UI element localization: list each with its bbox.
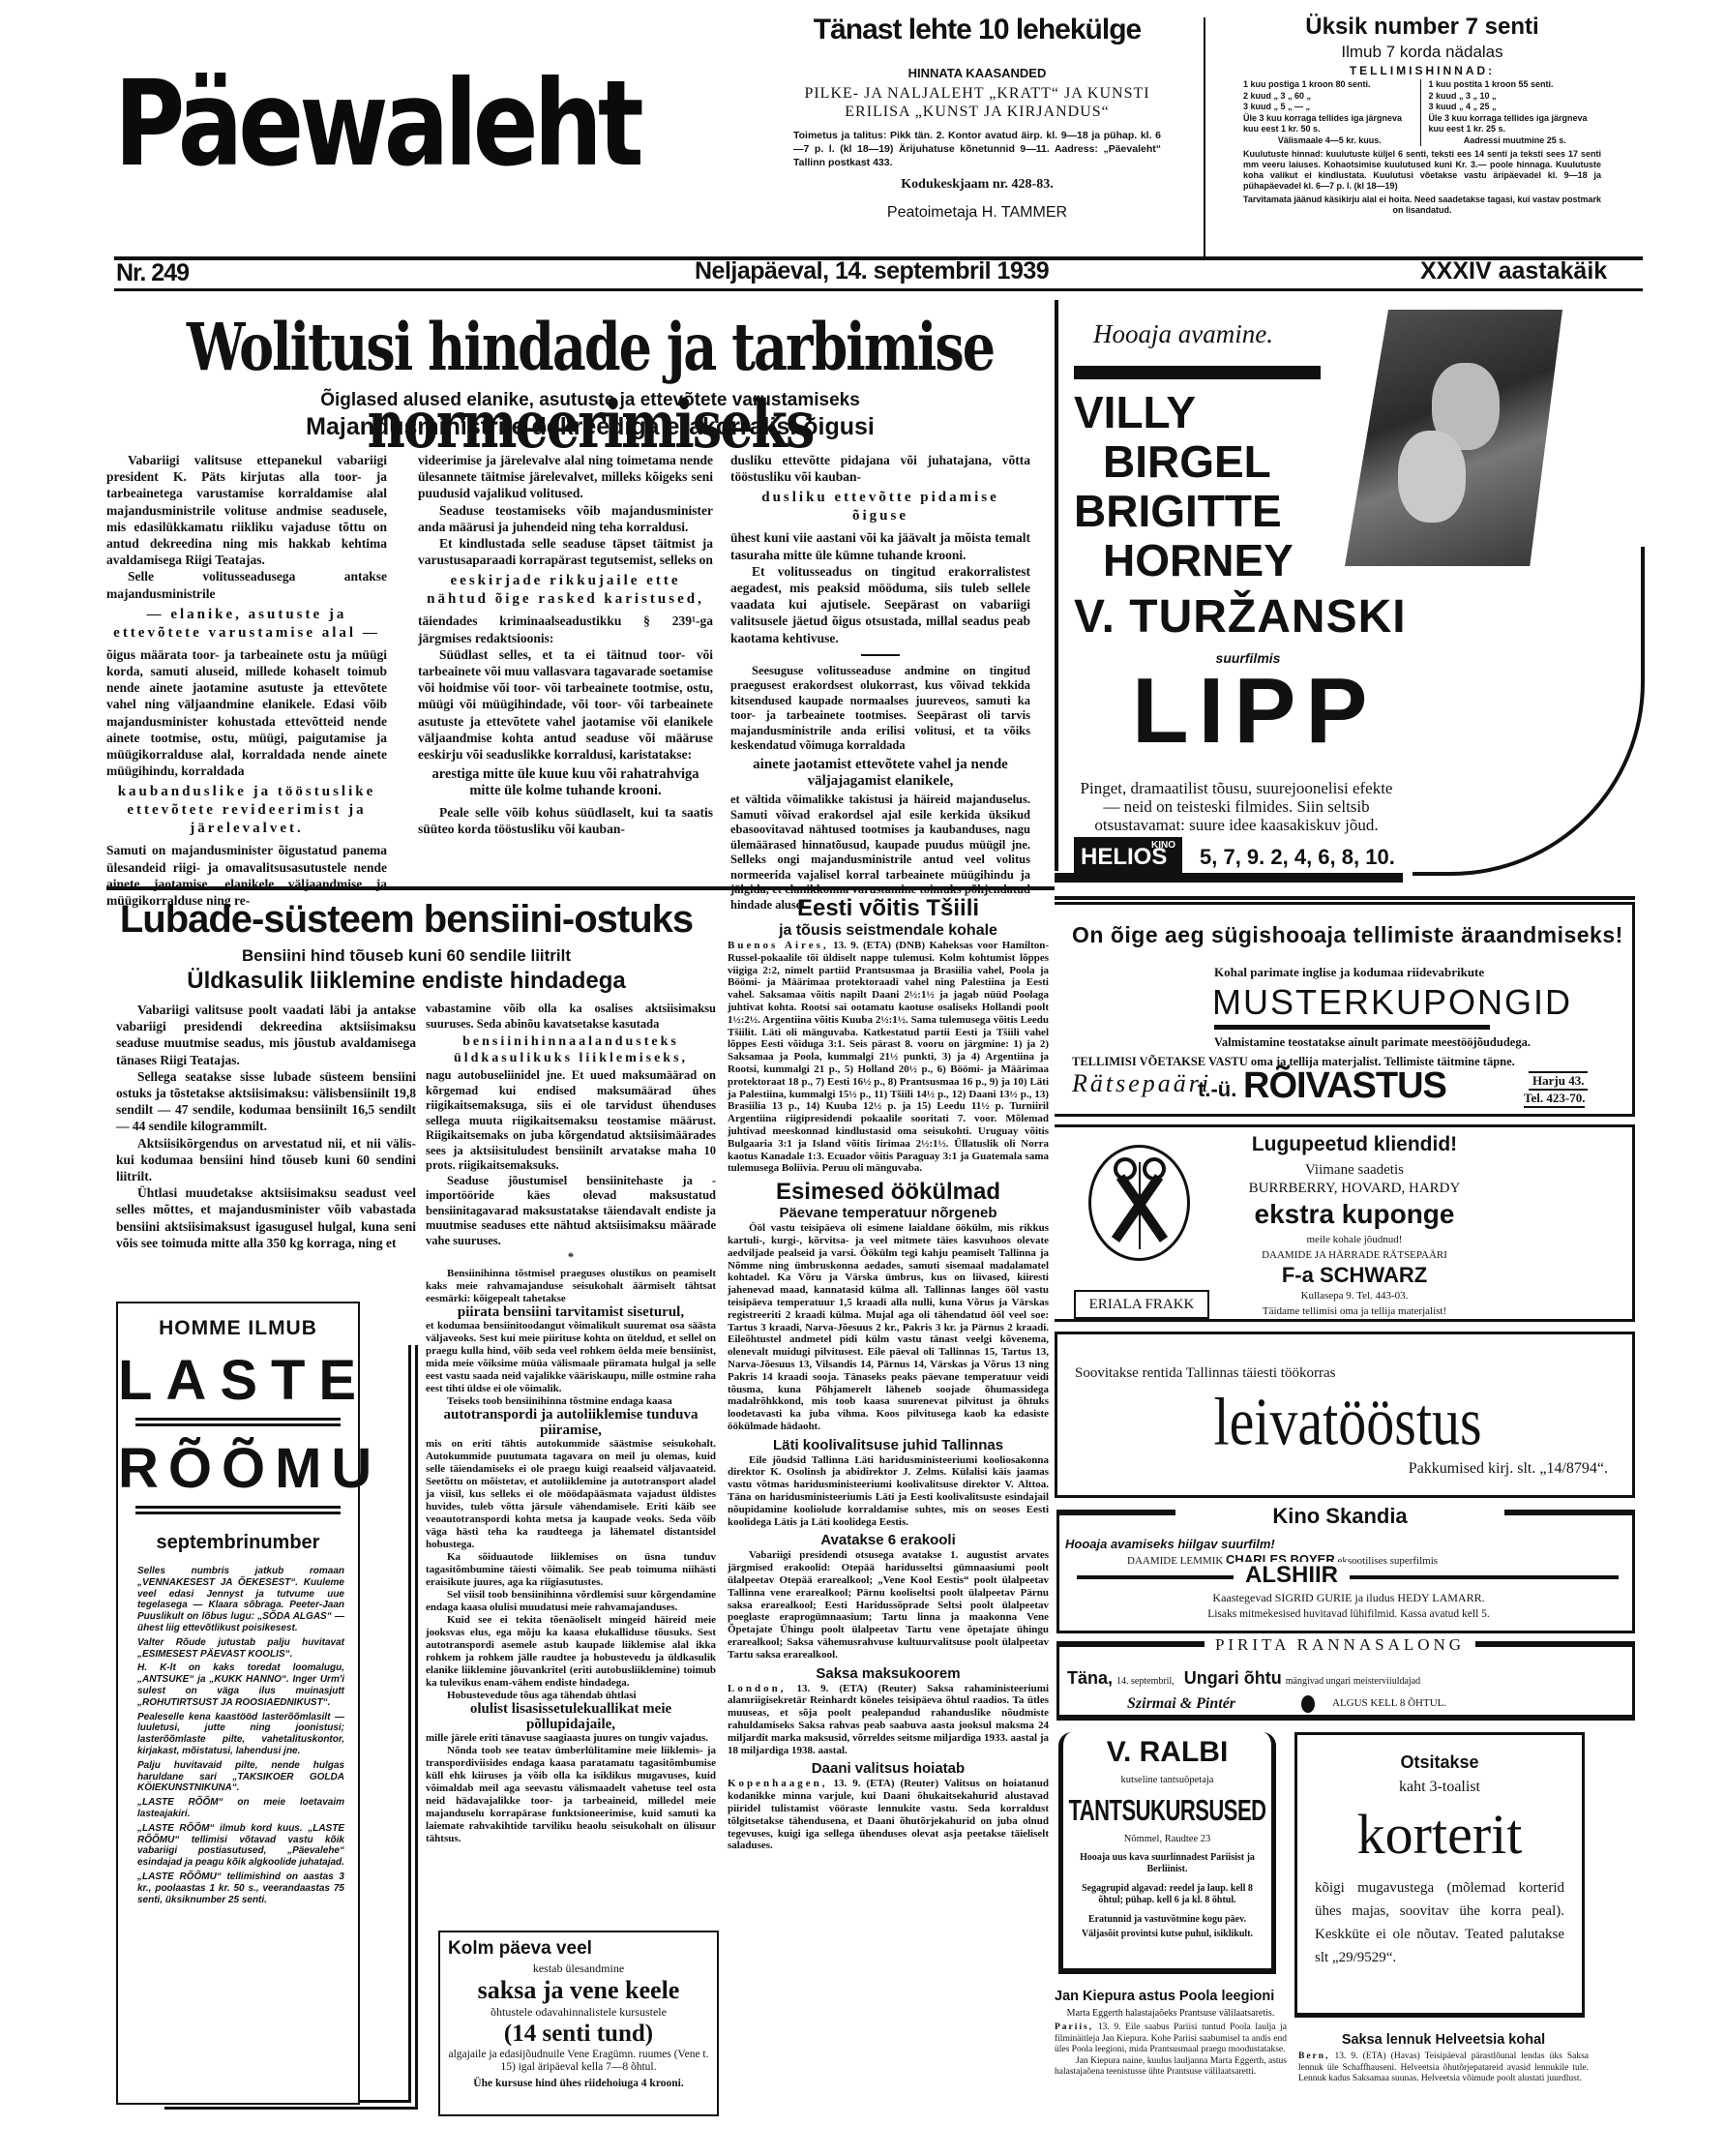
lead-column-3: dusliku ettevõtte pidajana või juhatajan… [730, 452, 1030, 913]
film-title: LIPP [1132, 658, 1377, 764]
ekstra-kuponge: ekstra kuponge [1209, 1199, 1500, 1230]
petrol-subhead-1: Bensiini hind tõuseb kuni 60 sendile lii… [116, 946, 697, 966]
issue-number: Nr. 249 [116, 259, 189, 287]
news-column: Eesti võitis Tšiili ja tõusis seistmenda… [728, 895, 1049, 1852]
masthead-divider [1204, 17, 1205, 257]
roivastus-brand-prefix: Rätsepaäri [1072, 1069, 1211, 1098]
helios-left-border [1055, 300, 1058, 871]
language-ad-languages: saksa ja vene keele [440, 1976, 717, 2005]
lead-column-2: videerimise ja järelevalve alal ning toi… [418, 452, 713, 837]
ad-top-rule [1055, 896, 1635, 900]
roivastus-ad[interactable]: On õige aeg sügishooaja tellimiste äraan… [1055, 902, 1635, 1117]
scissors-logo-icon [1088, 1145, 1190, 1261]
news-item-denmark: Daani valitsus hoiatab Kopenhaagen, 13. … [728, 1760, 1049, 1852]
news-item-chess: Eesti võitis Tšiili ja tõusis seistmenda… [728, 895, 1049, 1175]
office-info: Toimetus ja talitus: Pikk tän. 2. Kontor… [793, 129, 1161, 169]
phone: Kodukeskjaam nr. 428-83. [793, 177, 1161, 193]
apartment-word: korterit [1297, 1802, 1582, 1867]
specialty-box: ERIALA FRAKK [1074, 1290, 1209, 1319]
kino-skandia-ad[interactable]: Kino Skandia Hooaja avamiseks hiilgav su… [1056, 1510, 1635, 1633]
dateline-rule-bottom [114, 288, 1643, 291]
skandia-title: Kino Skandia [1175, 1504, 1504, 1529]
masthead-logo-text: Päewaleht [114, 27, 487, 221]
lead-subhead-2: Majandusministrile dekreediga erakorrali… [126, 413, 1055, 441]
subscription-title: TELLIMISHINNAD: [1243, 64, 1601, 77]
laste-room-title-2: RÕÕMU [118, 1434, 358, 1504]
actor-line-1: VILLY [1074, 389, 1196, 435]
bakery-title: leivatööstus [1057, 1383, 1638, 1460]
petrol-headline: Lubade-süsteem bensiini-ostuks [116, 898, 697, 942]
frequency: Ilmub 7 korda nädalas [1243, 43, 1601, 62]
petrol-column-1: Vabariigi valitsuse poolt vaadati läbi j… [116, 1002, 416, 1251]
decorative-arc [1413, 547, 1645, 876]
manuscripts: Tarvitamata jäänud käsikirju alal ei hoi… [1243, 195, 1601, 216]
issue-date: Neljapäeval, 14. septembril 1939 [695, 257, 1049, 285]
subscription-right: 1 kuu postita 1 kroon 55 senti. 2 kuud „… [1429, 79, 1602, 146]
laste-room-body: Selles numbris jatkub romaan „VENNAKESES… [137, 1566, 344, 1905]
news-item-schools: Avatakse 6 erakooli Vabariigi presidendi… [728, 1532, 1049, 1661]
laste-room-ad[interactable]: HOMME ILMUB LASTE RÕÕMU septembrinumber … [116, 1302, 360, 2105]
pirita-venue: PIRITA RANNASALONG [1205, 1635, 1475, 1655]
roivastus-headline: On õige aeg sügishooaja tellimiste äraan… [1072, 922, 1623, 948]
dance-ad[interactable]: V. RALBI kutseline tantsuõpetaja TANTSUK… [1058, 1732, 1276, 1974]
film-still-photo [1345, 310, 1562, 566]
apartment-ad[interactable]: Otsitakse kaht 3-toalist korterit kõigi … [1294, 1732, 1585, 2018]
musterkupongid: MUSTERKUPONGID [1212, 982, 1572, 1023]
news-item-latvia: Läti koolivalitsuse juhid Tallinnas Eile… [728, 1437, 1049, 1529]
film-blurb: Pinget, dramaatilist tõusu, suurejooneli… [1072, 779, 1401, 834]
language-course-ad[interactable]: Kolm päeva veel kestab ülesandmine saksa… [438, 1931, 719, 2116]
subscription-left: 1 kuu postiga 1 kroon 80 senti. 2 kuud „… [1243, 79, 1421, 146]
roivastus-brand: RÕIVASTUS [1243, 1065, 1446, 1107]
actor-line-2: BIRGEL [1103, 438, 1271, 485]
volume: XXXIV aastakäik [1420, 257, 1607, 285]
masthead-center: Tänast lehte 10 lehekülge HINNATA KAASAN… [793, 14, 1161, 222]
petrol-column-2: vabastamine võib olla ka osalises aktsii… [426, 1002, 716, 1845]
skandia-film: ALSHIIR [1234, 1562, 1350, 1589]
kiepura-article: Jan Kiepura astus Poola leegioni Marta E… [1055, 1989, 1287, 2079]
showtimes: 5, 7, 9. 2, 4, 6, 8, 10. [1200, 845, 1395, 870]
bullet-icon [1301, 1695, 1315, 1713]
masthead-logo: Päewaleht [114, 27, 569, 221]
section-divider [106, 886, 1055, 890]
pirita-ad[interactable]: PIRITA RANNASALONG Täna, 14. septembril,… [1056, 1641, 1635, 1721]
pages-note: Tänast lehte 10 lehekülge [793, 14, 1161, 46]
bakery-ad[interactable]: Soovitakse rentida Tallinnas täiesti töö… [1055, 1332, 1635, 1498]
helios-bottom-border [1055, 873, 1403, 883]
supplements-text: PILKE- JA NALJALEHT „KRATT“ JA KUNSTI ER… [793, 84, 1161, 121]
news-item-taxes: Saksa maksukoorem London, 13. 9. (ETA) (… [728, 1665, 1049, 1757]
season-bar [1074, 366, 1321, 379]
ad-prices: Kuulutuste hinnad: kuulutuste küljel 6 s… [1243, 149, 1601, 192]
laste-room-title-1: LASTE [118, 1346, 358, 1416]
petrol-subhead-2: Üldkasulik liiklemine endiste hindadega [116, 968, 697, 995]
language-ad-title: Kolm päeva veel [448, 1938, 717, 1960]
laste-room-issue: septembrinumber [118, 1532, 358, 1554]
editor: Peatoimetaja H. TAMMER [793, 204, 1161, 222]
actor-line-4: HORNEY [1103, 537, 1294, 584]
laste-room-top: HOMME ILMUB [118, 1317, 358, 1340]
actor-line-3: BRIGITTE [1074, 488, 1282, 534]
plane-article: Saksa lennuk Helveetsia kohal Bern, 13. … [1298, 2032, 1589, 2085]
masthead-right: Üksik number 7 senti Ilmub 7 korda nädal… [1243, 14, 1601, 216]
supplements-label: HINNATA KAASANDED [793, 66, 1161, 80]
kino-helios-logo[interactable]: HELIOS KINO [1074, 837, 1182, 876]
season-opening: Hooaja avamine. [1093, 319, 1273, 349]
helios-ad[interactable]: Hooaja avamine. VILLY BIRGEL BRIGITTE HO… [1055, 300, 1635, 881]
lead-subhead-1: Õiglased alused elanike, asutuste ja ett… [126, 390, 1055, 411]
lead-column-1: Vabariigi valitsuse ettepanekul vabariig… [106, 452, 387, 909]
language-ad-price: (14 senti tund) [440, 2020, 717, 2049]
news-item-frost: Esimesed öökülmad Päevane temperatuur nõ… [728, 1179, 1049, 1433]
schwarz-ad[interactable]: ERIALA FRAKK Lugupeetud kliendid! Viiman… [1055, 1124, 1635, 1322]
director: V. TURŽANSKI [1074, 590, 1407, 644]
price: Üksik number 7 senti [1243, 14, 1601, 41]
